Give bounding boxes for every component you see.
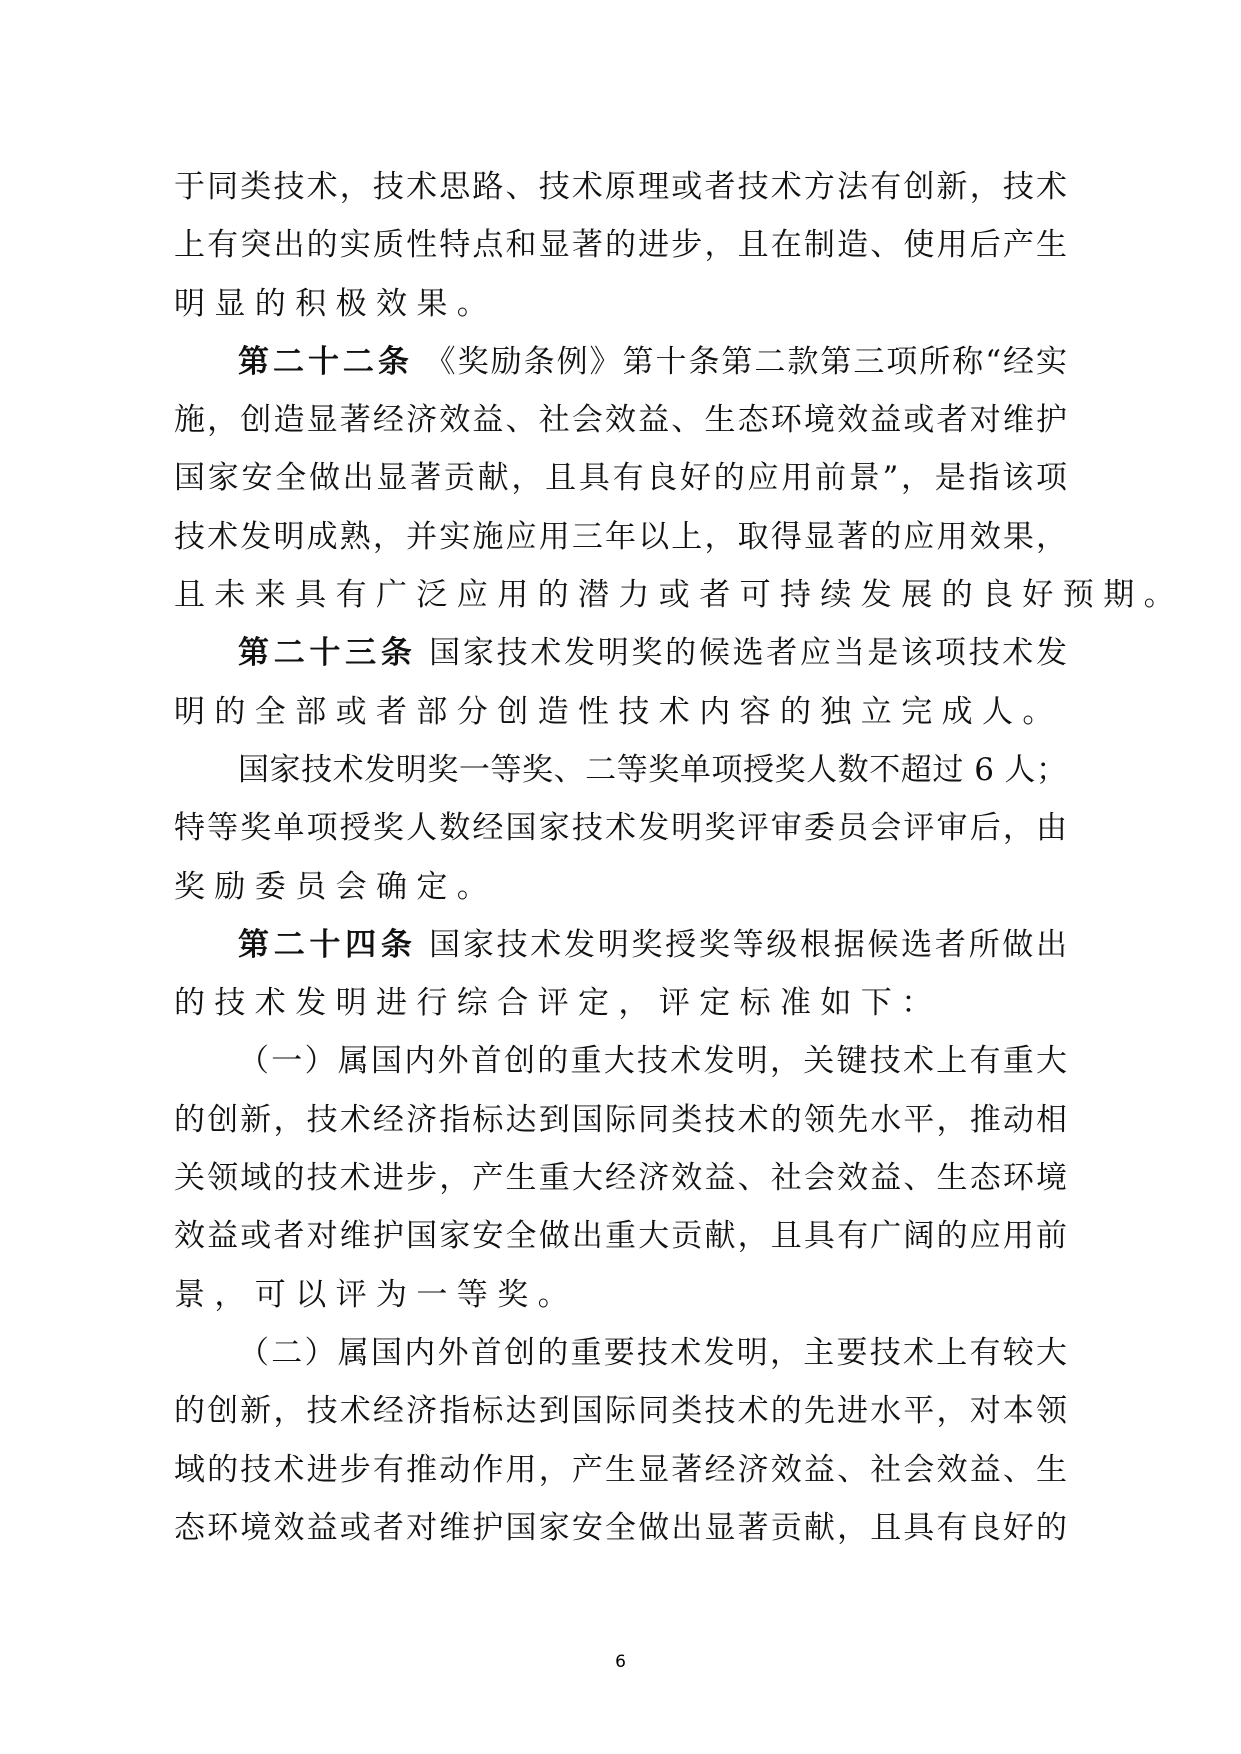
text-line: 特等奖单项授奖人数经国家技术发明奖评审委员会评审后，由 xyxy=(174,799,1067,857)
article-heading: 第二十二条 xyxy=(238,344,413,380)
text-line: 国家安全做出显著贡献，且具有良好的应用前景”，是指该项 xyxy=(174,449,1067,507)
body-text: 于同类技术，技术思路、技术原理或者技术方法有创新，技术 上有突出的实质性特点和显… xyxy=(174,158,1067,1557)
article-text: 国家技术发明奖的候选者应当是该项技术发 xyxy=(417,635,1067,671)
text-line: 的创新，技术经济指标达到国际同类技术的先进水平，对本领 xyxy=(174,1382,1067,1440)
text-line: 的技术发明进行综合评定，评定标准如下： xyxy=(174,974,1067,1032)
text-line: 明的全部或者部分创造性技术内容的独立完成人。 xyxy=(174,683,1067,741)
article-24-first-line: 第二十四条 国家技术发明奖授奖等级根据候选者所做出 xyxy=(174,916,1067,974)
article-text: 国家技术发明奖授奖等级根据候选者所做出 xyxy=(417,927,1067,963)
text-line: 技术发明成熟，并实施应用三年以上，取得显著的应用效果， xyxy=(174,508,1067,566)
text-line: 效益或者对维护国家安全做出重大贡献，且具有广阔的应用前 xyxy=(174,1207,1067,1265)
text-line: 奖励委员会确定。 xyxy=(174,858,1067,916)
article-heading: 第二十四条 xyxy=(238,927,417,963)
text-line: 明显的积极效果。 xyxy=(174,275,1067,333)
text-line: 上有突出的实质性特点和显著的进步，且在制造、使用后产生 xyxy=(174,216,1067,274)
text-line: 施，创造显著经济效益、社会效益、生态环境效益或者对维护 xyxy=(174,391,1067,449)
text-line: 域的技术进步有推动作用，产生显著经济效益、社会效益、生 xyxy=(174,1441,1067,1499)
article-23-first-line: 第二十三条 国家技术发明奖的候选者应当是该项技术发 xyxy=(174,624,1067,682)
document-page: 于同类技术，技术思路、技术原理或者技术方法有创新，技术 上有突出的实质性特点和显… xyxy=(0,0,1241,1754)
text-line: 的创新，技术经济指标达到国际同类技术的领先水平，推动相 xyxy=(174,1091,1067,1149)
text-line: 且未来具有广泛应用的潜力或者可持续发展的良好预期。 xyxy=(174,566,1067,624)
item-2-first-line: （二）属国内外首创的重要技术发明，主要技术上有较大 xyxy=(174,1324,1067,1382)
text-line: 关领域的技术进步，产生重大经济效益、社会效益、生态环境 xyxy=(174,1149,1067,1207)
page-number: 6 xyxy=(0,1652,1241,1672)
paragraph-first-line: 国家技术发明奖一等奖、二等奖单项授奖人数不超过 6 人； xyxy=(174,741,1067,799)
text-line: 于同类技术，技术思路、技术原理或者技术方法有创新，技术 xyxy=(174,158,1067,216)
article-text: 《奖励条例》第十条第二款第三项所称“经实 xyxy=(413,344,1067,380)
text-line: 态环境效益或者对维护国家安全做出显著贡献，且具有良好的 xyxy=(174,1499,1067,1557)
item-1-first-line: （一）属国内外首创的重大技术发明，关键技术上有重大 xyxy=(174,1032,1067,1090)
text-line: 景，可以评为一等奖。 xyxy=(174,1266,1067,1324)
article-heading: 第二十三条 xyxy=(238,635,417,671)
article-22-first-line: 第二十二条 《奖励条例》第十条第二款第三项所称“经实 xyxy=(174,333,1067,391)
